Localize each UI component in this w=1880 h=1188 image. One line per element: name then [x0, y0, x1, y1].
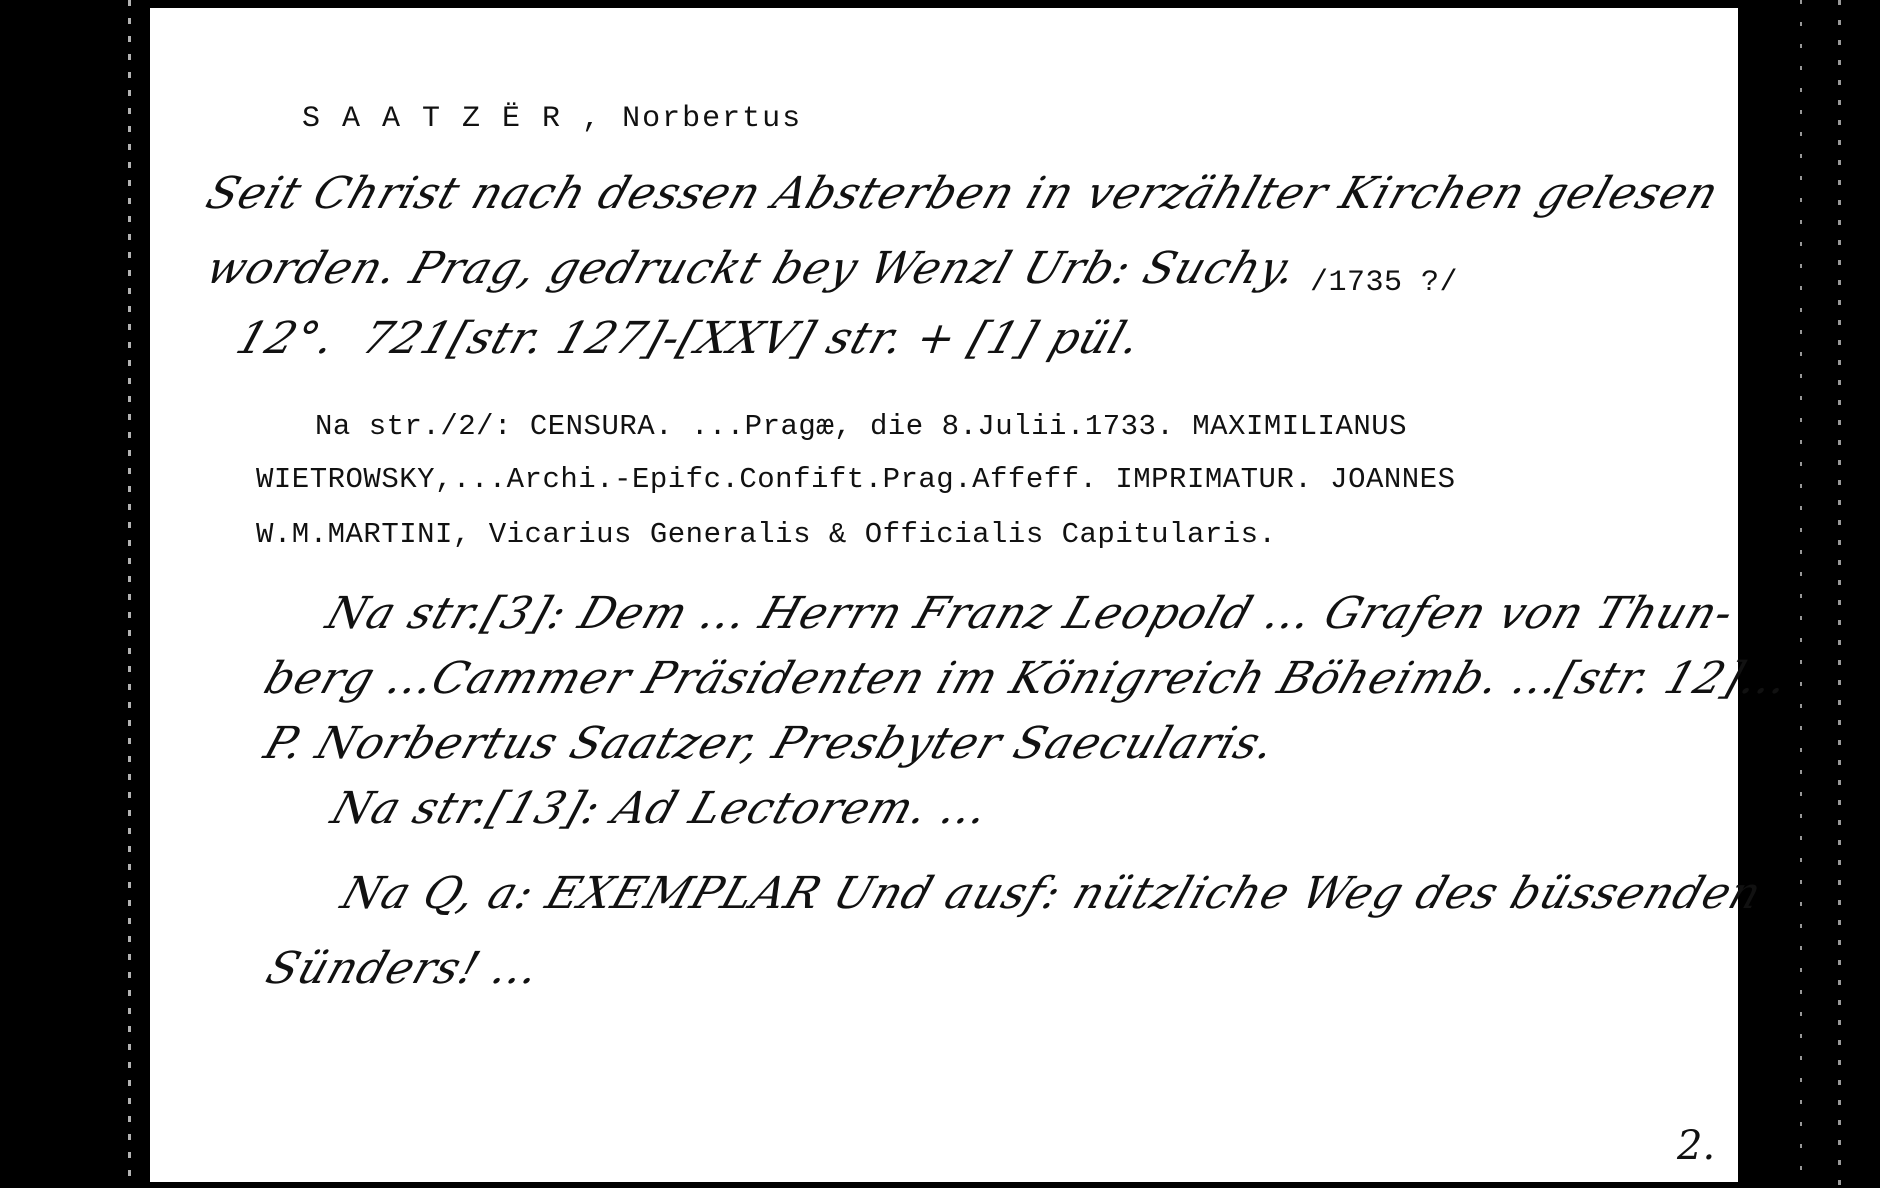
handwritten-note-2: berg ...Cammer Präsidenten im Königreich… [258, 653, 1796, 704]
card-page-number: 2. [1677, 1123, 1715, 1169]
handwritten-note-5: Na Q, a: EXEMPLAR Und ausf: nützliche We… [335, 868, 1768, 919]
censura-line-3: W.M.MARTINI, Vicarius Generalis & Offici… [256, 518, 1276, 551]
author-surname: SAATZËR [302, 102, 582, 136]
handwritten-note-6: Sünders! ... [260, 943, 547, 994]
scan-border-left [128, 0, 131, 1188]
handwritten-collation: 12°. 721[str. 127]-[XXV] str. + [1] pül. [230, 313, 1148, 364]
handwritten-note-1: Na str.[3]: Dem ... Herrn Franz Leopold … [320, 588, 1740, 639]
handwritten-title-line-2: worden. Prag, gedruckt bey Wenzl Urb: Su… [200, 243, 1304, 294]
scan-border-right [1800, 0, 1802, 1188]
author-given-name: Norbertus [622, 102, 802, 136]
catalog-card: SAATZËR, Norbertus Seit Christ nach dess… [150, 8, 1738, 1182]
handwritten-note-4: Na str.[13]: Ad Lectorem. ... [325, 783, 996, 834]
scan-border-right-outer [1838, 0, 1841, 1188]
handwritten-title-line-1: Seit Christ nach dessen Absterben in ver… [200, 168, 1725, 219]
title-date-note: /1735 ?/ [1310, 266, 1458, 300]
heading-separator: , [582, 102, 602, 136]
handwritten-note-3: P. Norbertus Saatzer, Presbyter Saecular… [258, 718, 1282, 769]
censura-line-2: WIETROWSKY,...Archi.-Epifc.Confift.Prag.… [256, 463, 1456, 496]
censura-line-1: Na str./2/: CENSURA. ...Pragæ, die 8.Jul… [315, 410, 1407, 443]
card-heading: SAATZËR, Norbertus [222, 68, 802, 170]
